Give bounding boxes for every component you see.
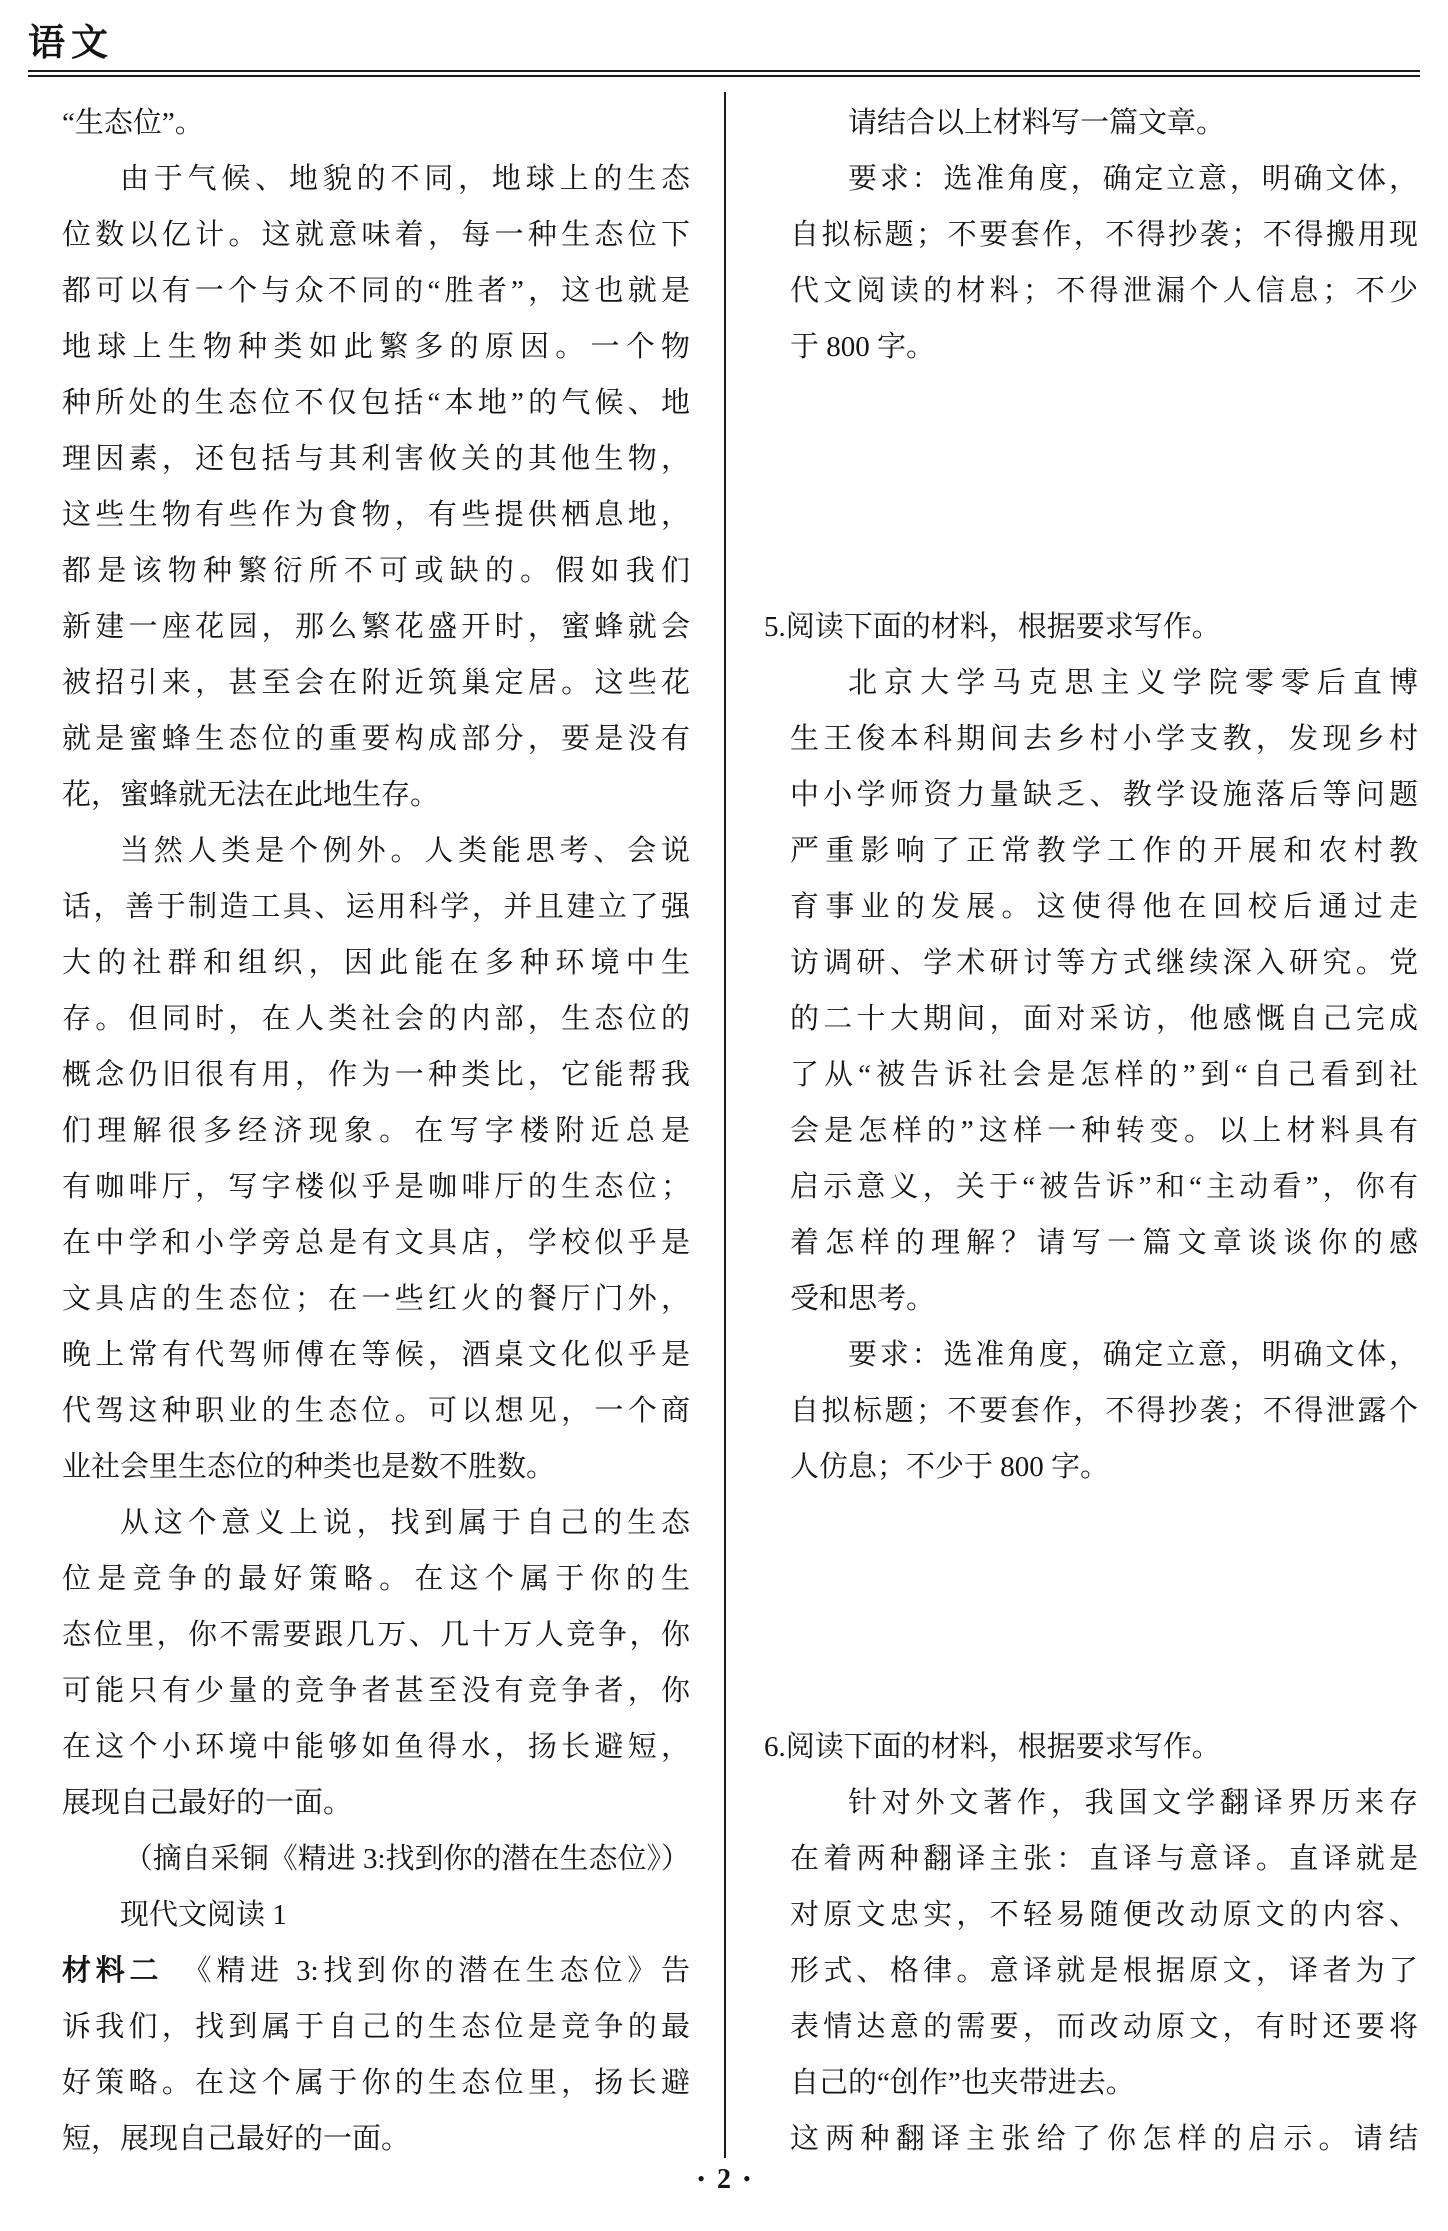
text-line: 表情达意的需要，而改动原文，有时还要将 <box>790 1999 1418 2055</box>
text-line: 要求：选准角度，确定立意，明确文体， <box>790 1327 1418 1383</box>
text-line: 晚上常有代驾师傅在等候，酒桌文化似乎是 <box>62 1327 690 1383</box>
text-line: 代驾这种职业的生态位。可以想见，一个商 <box>62 1383 690 1439</box>
text-line: 诉我们，找到属于自己的生态位是竞争的最 <box>62 1999 690 2055</box>
text-line: 着怎样的理解？请写一篇文章谈谈你的感 <box>790 1215 1418 1271</box>
text-line: 这两种翻译主张给了你怎样的启示。请结 <box>790 2111 1418 2167</box>
page-header-subject: 语文 <box>28 12 114 66</box>
page-number: 2 <box>717 2164 731 2195</box>
text-line: 概念仍旧很有用，作为一种类比，它能帮我 <box>62 1047 690 1103</box>
text-line: 种所处的生态位不仅包括“本地”的气候、地 <box>62 375 690 431</box>
text-line: 在中学和小学旁总是有文具店，学校似乎是 <box>62 1215 690 1271</box>
text-line: 访调研、学术研讨等方式继续深入研究。党 <box>790 935 1418 991</box>
text-line: 话，善于制造工具、运用科学，并且建立了强 <box>62 879 690 935</box>
text-line: 针对外文著作，我国文学翻译界历来存 <box>790 1775 1418 1831</box>
page-footer: •2• <box>0 2164 1448 2196</box>
text-line: 短，展现自己最好的一面。 <box>62 2111 690 2167</box>
bold-label: 材料二 <box>62 1955 163 1987</box>
footer-bullet-right: • <box>743 2166 751 2191</box>
text-line: 们理解很多经济现象。在写字楼附近总是 <box>62 1103 690 1159</box>
text-line: 理因素，还包括与其利害攸关的其他生物， <box>62 431 690 487</box>
text-line: 新建一座花园，那么繁花盛开时，蜜蜂就会 <box>62 599 690 655</box>
text-line: 展现自己最好的一面。 <box>62 1775 690 1831</box>
text-line: 地球上生物种类如此繁多的原因。一个物 <box>62 319 690 375</box>
text-line: 花，蜜蜂就无法在此地生存。 <box>62 767 690 823</box>
text-line: 北京大学马克思主义学院零零后直博 <box>790 655 1418 711</box>
text-line: 可能只有少量的竞争者甚至没有竞争者，你 <box>62 1663 690 1719</box>
text-line: 请结合以上材料写一篇文章。 <box>790 95 1418 151</box>
left-column: “生态位”。由于气候、地貌的不同，地球上的生态位数以亿计。这就意味着，每一种生态… <box>62 95 690 2167</box>
text-line: 在着两种翻译主张：直译与意译。直译就是 <box>790 1831 1418 1887</box>
text-line: 都是该物种繁衍所不可或缺的。假如我们 <box>62 543 690 599</box>
text-line: 态位里，你不需要跟几万、几十万人竞争，你 <box>62 1607 690 1663</box>
text-line: 自己的“创作”也夹带进去。 <box>790 2055 1418 2111</box>
text-line: 于 800 字。 <box>790 319 1418 375</box>
text-line: 要求：选准角度，确定立意，明确文体， <box>790 151 1418 207</box>
text-line: 位是竞争的最好策略。在这个属于你的生 <box>62 1551 690 1607</box>
source-attribution: （摘自采铜《精进 3:找到你的潜在生态位》） <box>62 1831 690 1887</box>
text-line: 在这个小环境中能够如鱼得水，扬长避短， <box>62 1719 690 1775</box>
document-page: 语文 “生态位”。由于气候、地貌的不同，地球上的生态位数以亿计。这就意味着，每一… <box>0 0 1448 2231</box>
text-line: 自拟标题；不要套作，不得抄袭；不得泄露个 <box>790 1383 1418 1439</box>
blank-space <box>790 375 1418 599</box>
text-line: 位数以亿计。这就意味着，每一种生态位下 <box>62 207 690 263</box>
text-line: 生王俊本科期间去乡村小学支教，发现乡村 <box>790 711 1418 767</box>
text-line: 有咖啡厅，写字楼似乎是咖啡厅的生态位； <box>62 1159 690 1215</box>
text-line: 就是蜜蜂生态位的重要构成部分，要是没有 <box>62 711 690 767</box>
header-rule <box>28 70 1420 77</box>
text-line: 会是怎样的”这样一种转变。以上材料具有 <box>790 1103 1418 1159</box>
text-line: 被招引来，甚至会在附近筑巢定居。这些花 <box>62 655 690 711</box>
section-label-modern-reading: 现代文阅读 1 <box>62 1887 690 1943</box>
text-line: 当然人类是个例外。人类能思考、会说 <box>62 823 690 879</box>
footer-bullet-left: • <box>697 2166 705 2191</box>
text-line: 业社会里生态位的种类也是数不胜数。 <box>62 1439 690 1495</box>
material-2-lead: 材料二 《精进 3:找到你的潜在生态位》告 <box>62 1943 690 1999</box>
text-line: 代文阅读的材料；不得泄漏个人信息；不少 <box>790 263 1418 319</box>
question-5-prompt: 5.阅读下面的材料，根据要求写作。 <box>764 599 1418 655</box>
text-line: 育事业的发展。这使得他在回校后通过走 <box>790 879 1418 935</box>
text-line: 由于气候、地貌的不同，地球上的生态 <box>62 151 690 207</box>
blank-space <box>790 1495 1418 1719</box>
text-line: 严重影响了正常教学工作的开展和农村教 <box>790 823 1418 879</box>
text-line: 对原文忠实，不轻易随便改动原文的内容、 <box>790 1887 1418 1943</box>
text-line: 从这个意义上说，找到属于自己的生态 <box>62 1495 690 1551</box>
text-line: 自拟标题；不要套作，不得抄袭；不得搬用现 <box>790 207 1418 263</box>
right-column: 请结合以上材料写一篇文章。要求：选准角度，确定立意，明确文体，自拟标题；不要套作… <box>790 95 1418 2167</box>
text-line: 受和思考。 <box>790 1271 1418 1327</box>
text-line: 的二十大期间，面对采访，他感慨自己完成 <box>790 991 1418 1047</box>
text-line: 启示意义，关于“被告诉”和“主动看”，你有 <box>790 1159 1418 1215</box>
text-line: 这些生物有些作为食物，有些提供栖息地， <box>62 487 690 543</box>
column-divider <box>724 92 726 2158</box>
text-line: 都可以有一个与众不同的“胜者”，这也就是 <box>62 263 690 319</box>
text-line: 形式、格律。意译就是根据原文，译者为了 <box>790 1943 1418 1999</box>
text-line: 文具店的生态位；在一些红火的餐厅门外， <box>62 1271 690 1327</box>
text-line: 了从“被告诉社会是怎样的”到“自己看到社 <box>790 1047 1418 1103</box>
text-line: “生态位”。 <box>62 95 690 151</box>
text-line: 存。但同时，在人类社会的内部，生态位的 <box>62 991 690 1047</box>
text-line: 大的社群和组织，因此能在多种环境中生 <box>62 935 690 991</box>
text-line: 好策略。在这个属于你的生态位里，扬长避 <box>62 2055 690 2111</box>
question-6-prompt: 6.阅读下面的材料，根据要求写作。 <box>764 1719 1418 1775</box>
text-line: 人仿息；不少于 800 字。 <box>790 1439 1418 1495</box>
text-line: 中小学师资力量缺乏、教学设施落后等问题 <box>790 767 1418 823</box>
